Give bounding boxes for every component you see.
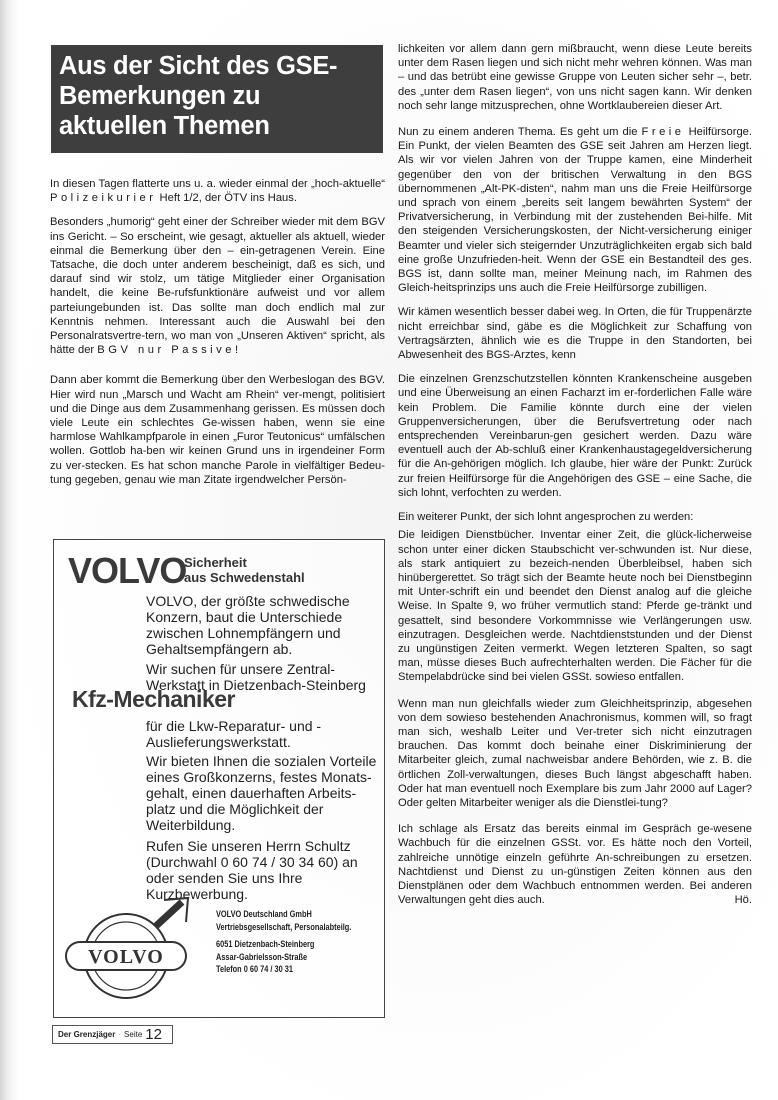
ad-intro-text: VOLVO, der größte schwedische Konzern, b… — [146, 593, 381, 657]
volvo-logo-text: VOLVO — [88, 946, 164, 968]
right-paragraph-1: lichkeiten vor allem dann gern mißbrauch… — [398, 42, 752, 113]
ad-company-address: VOLVO Deutschland GmbH Vertriebsgesellsc… — [216, 908, 351, 976]
ad-benefits-text: Wir bieten Ihnen die sozialen Vorteile e… — [146, 753, 381, 833]
address-phone: Telefon 0 60 74 / 30 31 — [216, 963, 351, 976]
page-binding-shadow — [0, 0, 20, 1100]
ad-job-title: Kfz-Mechaniker — [72, 686, 235, 713]
address-street: Assar-Gabrielsson-Straße — [216, 951, 351, 964]
page-label: Seite — [124, 1030, 142, 1039]
page-number: 12 — [145, 1026, 162, 1043]
address-city: 6051 Dietzenbach-Steinberg — [216, 938, 351, 951]
spaced-bgv-passive: BGV nur Passive! — [97, 344, 241, 356]
ad-tagline: Sicherheit aus Schwedenstahl — [184, 555, 305, 585]
page-footer: Der Grenzjäger · Seite 12 — [52, 1025, 173, 1044]
right-paragraph-2: Nun zu einem anderen Thema. Es geht um d… — [398, 125, 752, 295]
right-column: lichkeiten vor allem dann gern mißbrauch… — [398, 42, 752, 917]
left-paragraph-2: Besonders „humorig“ geht einer der Schre… — [50, 215, 385, 357]
left-paragraph-1: In diesen Tagen flatterte uns u. a. wied… — [50, 177, 385, 205]
spaced-title-polizeikurier: Polizeikurier — [50, 192, 156, 204]
ad-job-description: für die Lkw-Reparatur- und -Auslieferung… — [146, 718, 381, 750]
right-paragraph-8: Ich schlage als Ersatz das bereits einma… — [398, 822, 752, 907]
right-paragraph-4: Die einzelnen Grenzschutzstellen könnten… — [398, 372, 752, 500]
volvo-logo-icon: VOLVO — [64, 892, 224, 1007]
right-paragraph-6: Die leidigen Dienstbücher. Inventar eine… — [398, 528, 752, 684]
footer-separator: · — [118, 1030, 121, 1039]
publication-name: Der Grenzjäger — [58, 1030, 115, 1039]
right-paragraph-3: Wir kämen wesentlich besser dabei weg. I… — [398, 305, 752, 362]
headline-line-3: aktuellen Themen — [59, 111, 375, 141]
headline-line-1: Aus der Sicht des GSE- — [59, 51, 375, 81]
spaced-freie: Freie — [642, 126, 685, 138]
address-department: Vertriebsgesellschaft, Personalabteilg. — [216, 921, 351, 934]
right-paragraph-5: Ein weiterer Punkt, der sich lohnt anges… — [398, 510, 752, 524]
left-paragraph-3: Dann aber kommt die Bemerkung über den W… — [50, 373, 385, 487]
address-company: VOLVO Deutschland GmbH — [216, 908, 351, 921]
right-paragraph-7: Wenn man nun gleichfalls wieder zum Glei… — [398, 697, 752, 811]
headline-line-2: Bemerkungen zu — [59, 81, 375, 111]
article-headline: Aus der Sicht des GSE- Bemerkungen zu ak… — [51, 45, 383, 153]
ad-brand-wordmark: VOLVO — [68, 552, 186, 590]
volvo-advertisement: VOLVO Sicherheit aus Schwedenstahl VOLVO… — [53, 539, 385, 1018]
author-signature: Hö. — [735, 893, 752, 907]
left-column: In diesen Tagen flatterte uns u. a. wied… — [50, 177, 385, 497]
